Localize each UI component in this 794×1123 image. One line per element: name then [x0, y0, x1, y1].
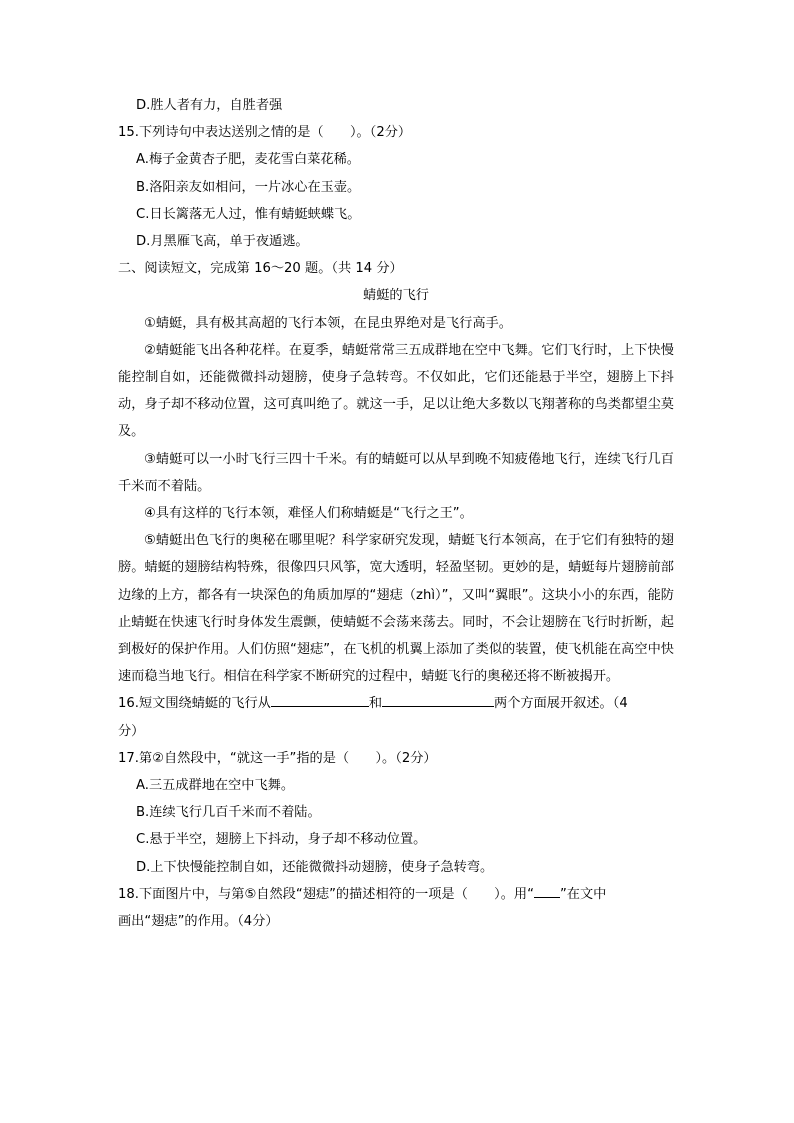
section-heading: 二、阅读短文，完成第 16～20 题。（共 14 分）: [118, 255, 674, 282]
q18-stem-line-2: 画出“翅痣”的作用。（4分）: [118, 908, 674, 935]
q15-option-c: C.日长篱落无人过，惟有蜻蜓蛱蝶飞。: [118, 201, 674, 228]
q16-text-1: 16.短文围绕蜻蜓的飞行从: [118, 696, 271, 711]
q17-option-a: A.三五成群地在空中飞舞。: [118, 772, 674, 799]
q18-text-2: ”在文中: [560, 887, 606, 902]
q14-option-d: D.胜人者有力，自胜者强: [118, 92, 674, 119]
underline-sample: [534, 883, 560, 898]
paragraph-2: ②蜻蜓能飞出各种花样。在夏季，蜻蜓常常三五成群地在空中飞舞。它们飞行时，上下快慢…: [118, 337, 674, 446]
paragraph-5: ⑤蜻蜓出色飞行的奥秘在哪里呢？科学家研究发现，蜻蜓飞行本领高，在于它们有独特的翅…: [118, 527, 674, 690]
q16-text-2: 和: [369, 696, 382, 711]
q17-option-d: D.上下快慢能控制自如，还能微微抖动翅膀，使身子急转弯。: [118, 854, 674, 881]
q16-answer-blank-2[interactable]: [382, 692, 494, 707]
paragraph-4: ④具有这样的飞行本领，难怪人们称蜻蜓是“飞行之王”。: [118, 500, 674, 527]
q15-option-a: A.梅子金黄杏子肥，麦花雪白菜花稀。: [118, 146, 674, 173]
q17-stem: 17.第②自然段中，“就这一手”指的是（ ）。（2分）: [118, 745, 674, 772]
paragraph-3: ③蜻蜓可以一小时飞行三四十千米。有的蜻蜓可以从早到晚不知疲倦地飞行，连续飞行几百…: [118, 446, 674, 500]
q18-text-1: 18.下面图片中，与第⑤自然段“翅痣”的描述相符的一项是（ ）。用“: [118, 887, 534, 902]
q16-question: 16.短文围绕蜻蜓的飞行从和两个方面展开叙述。（4: [118, 690, 674, 717]
q16-score-wrap: 分）: [118, 718, 674, 745]
q17-option-c: C.悬于半空，翅膀上下抖动，身子却不移动位置。: [118, 826, 674, 853]
q15-option-d: D.月黑雁飞高，单于夜遁逃。: [118, 228, 674, 255]
q16-answer-blank-1[interactable]: [271, 692, 369, 707]
q16-text-3: 两个方面展开叙述。（4: [494, 696, 628, 711]
q15-stem: 15.下列诗句中表达送别之情的是（ ）。（2分）: [118, 119, 674, 146]
q17-option-b: B.连续飞行几百千米而不着陆。: [118, 799, 674, 826]
article-title: 蜻蜓的飞行: [118, 282, 674, 309]
exam-page: D.胜人者有力，自胜者强 15.下列诗句中表达送别之情的是（ ）。（2分） A.…: [118, 92, 674, 935]
q18-stem: 18.下面图片中，与第⑤自然段“翅痣”的描述相符的一项是（ ）。用“”在文中: [118, 881, 674, 908]
paragraph-1: ①蜻蜓，具有极其高超的飞行本领，在昆虫界绝对是飞行高手。: [118, 310, 674, 337]
q15-option-b: B.洛阳亲友如相问，一片冰心在玉壶。: [118, 174, 674, 201]
